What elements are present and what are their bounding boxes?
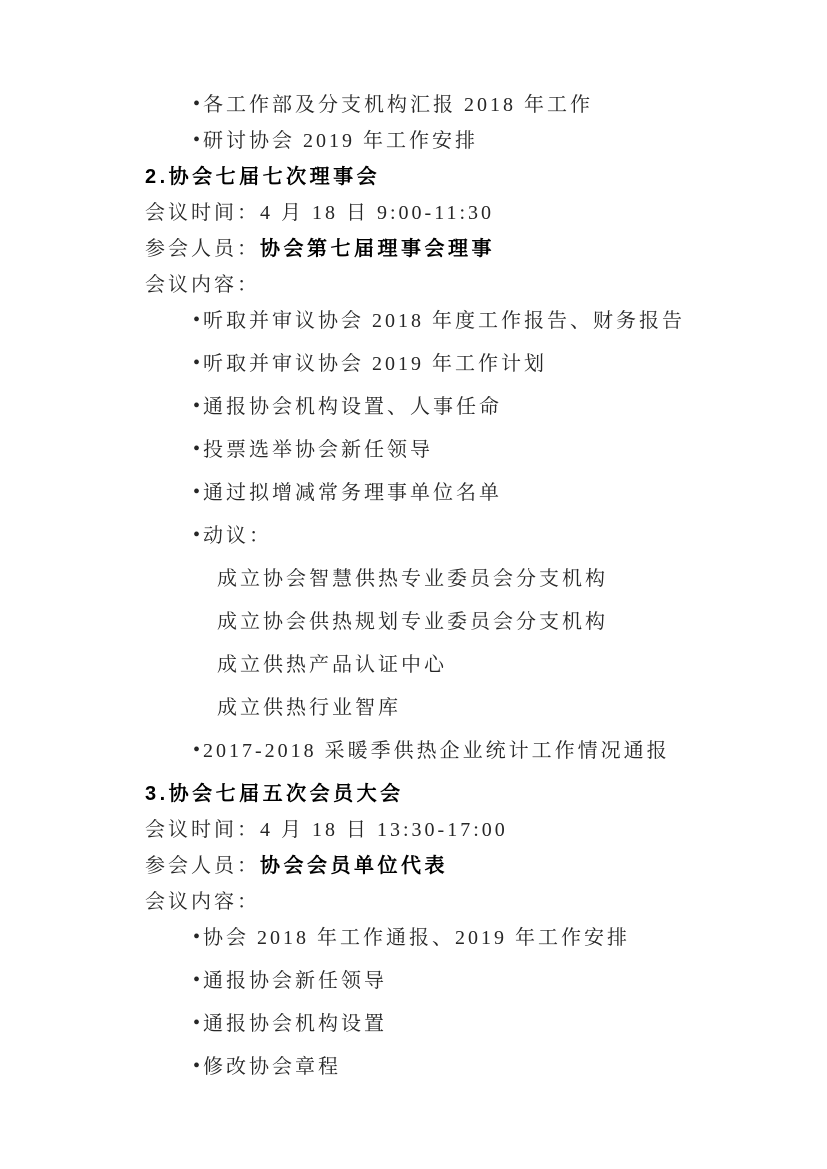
attendees-value: 协会会员单位代表	[260, 855, 448, 877]
bullet-icon: •	[193, 962, 203, 998]
meeting3-content-label: 会议内容：	[145, 884, 720, 920]
document-content: •各工作部及分支机构汇报 2018 年工作 •研讨协会 2019 年工作安排 2…	[145, 87, 720, 1092]
bullet-icon: •	[193, 1048, 203, 1084]
meeting2-time-line: 会议时间：4 月 18 日 9:00-11:30	[145, 195, 720, 231]
meeting2-content-label: 会议内容：	[145, 267, 720, 303]
bullet-icon: •	[193, 388, 203, 424]
attendees-label: 参会人员：	[145, 238, 260, 260]
agenda-bullet-item: •听取并审议协会 2018 年度工作报告、财务报告	[145, 303, 720, 339]
meeting-time-label: 会议时间：	[145, 819, 260, 841]
agenda-bullet-text: 投票选举协会新任领导	[203, 439, 433, 461]
attendees-label: 参会人员：	[145, 855, 260, 877]
bullet-icon: •	[193, 86, 203, 122]
intro-bullet-item: •各工作部及分支机构汇报 2018 年工作	[145, 87, 720, 123]
content-label: 会议内容：	[145, 274, 260, 296]
motion-sub-item: 成立供热产品认证中心	[145, 647, 720, 683]
content-label: 会议内容：	[145, 891, 260, 913]
agenda-bullet-text: 听取并审议协会 2018 年度工作报告、财务报告	[203, 310, 685, 332]
meeting2-attendees-line: 参会人员：协会第七届理事会理事	[145, 231, 720, 267]
motion-sub-item: 成立供热行业智库	[145, 690, 720, 726]
agenda-bullet-text: 通过拟增减常务理事单位名单	[203, 482, 502, 504]
agenda-bullet-item: •通报协会新任领导	[145, 963, 720, 999]
agenda-bullet-item: •修改协会章程	[145, 1049, 720, 1085]
bullet-icon: •	[193, 517, 203, 553]
bullet-icon: •	[193, 474, 203, 510]
agenda-bullet-text: 协会 2018 年工作通报、2019 年工作安排	[203, 927, 630, 949]
meeting3-time-line: 会议时间：4 月 18 日 13:30-17:00	[145, 812, 720, 848]
agenda-bullet-text: 通报协会新任领导	[203, 970, 387, 992]
agenda-bullet-text: 听取并审议协会 2019 年工作计划	[203, 353, 547, 375]
bullet-icon: •	[193, 732, 203, 768]
bullet-icon: •	[193, 345, 203, 381]
document-page: •各工作部及分支机构汇报 2018 年工作 •研讨协会 2019 年工作安排 2…	[0, 0, 827, 1169]
agenda-bullet-item: •协会 2018 年工作通报、2019 年工作安排	[145, 920, 720, 956]
bullet-icon: •	[193, 302, 203, 338]
agenda-bullet-item: •通报协会机构设置、人事任命	[145, 389, 720, 425]
bullet-icon: •	[193, 919, 203, 955]
meeting3-attendees-line: 参会人员：协会会员单位代表	[145, 848, 720, 884]
motion-sub-item: 成立协会供热规划专业委员会分支机构	[145, 604, 720, 640]
agenda-bullet-item: •投票选举协会新任领导	[145, 432, 720, 468]
agenda-bullet-text: 通报协会机构设置、人事任命	[203, 396, 502, 418]
bullet-icon: •	[193, 1005, 203, 1041]
meeting2-heading: 2.协会七届七次理事会	[145, 159, 720, 195]
meeting-time-value: 4 月 18 日 13:30-17:00	[260, 819, 508, 841]
agenda-bullet-text: 2017-2018 采暖季供热企业统计工作情况通报	[203, 740, 670, 762]
meeting-time-value: 4 月 18 日 9:00-11:30	[260, 202, 494, 224]
agenda-bullet-item: •2017-2018 采暖季供热企业统计工作情况通报	[145, 733, 720, 769]
motion-sub-item: 成立协会智慧供热专业委员会分支机构	[145, 561, 720, 597]
intro-bullet-item: •研讨协会 2019 年工作安排	[145, 123, 720, 159]
agenda-bullet-item: •通过拟增减常务理事单位名单	[145, 475, 720, 511]
agenda-bullet-item: •通报协会机构设置	[145, 1006, 720, 1042]
intro-bullet-text: 研讨协会 2019 年工作安排	[203, 130, 478, 152]
bullet-icon: •	[193, 431, 203, 467]
agenda-bullet-text: 通报协会机构设置	[203, 1013, 387, 1035]
agenda-bullet-item: •动议：	[145, 518, 720, 554]
agenda-bullet-item: •听取并审议协会 2019 年工作计划	[145, 346, 720, 382]
bullet-icon: •	[193, 122, 203, 158]
attendees-value: 协会第七届理事会理事	[260, 238, 495, 260]
meeting-time-label: 会议时间：	[145, 202, 260, 224]
agenda-bullet-text: 动议：	[203, 525, 272, 547]
meeting3-heading: 3.协会七届五次会员大会	[145, 776, 720, 812]
agenda-bullet-text: 修改协会章程	[203, 1056, 341, 1078]
intro-bullet-text: 各工作部及分支机构汇报 2018 年工作	[203, 94, 593, 116]
